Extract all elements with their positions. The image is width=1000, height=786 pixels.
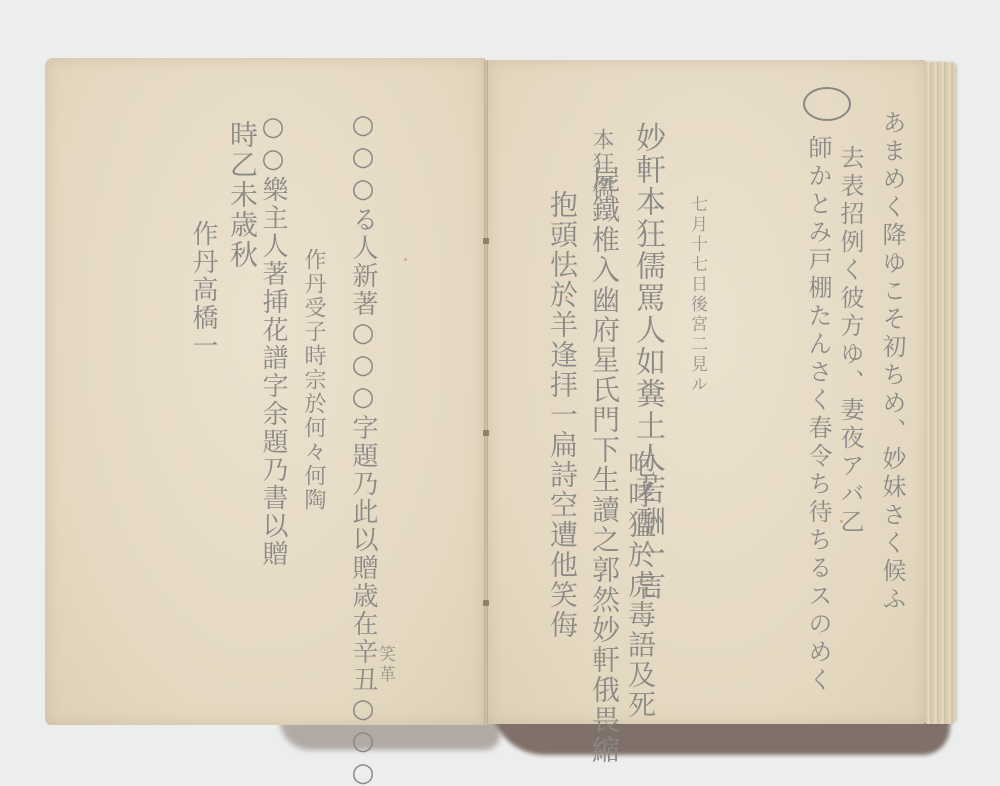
signature: 作丹高橋一 (190, 220, 216, 360)
handwritten-column: 抱頭怯於羊逢拝一扁詩空遭他笑侮 (548, 190, 576, 640)
binding-stitch (483, 238, 489, 244)
handwritten-column: ○○○る人新著○○○字題乃此以贈歳在辛丑○○○ (350, 110, 376, 786)
handwritten-column: 咆哮猛於虎毒語及死 (626, 450, 654, 720)
book-gutter (484, 60, 488, 725)
handwritten-column: 笑革 (376, 645, 393, 685)
paper-speck (840, 520, 843, 523)
open-notebook: あまめく降ゆこそ初ちめ、妙妹さく候ふ 去表招例く彼方ゆ、妻夜アバ乙 師かとみ戸棚… (0, 0, 1000, 786)
handwritten-column: 去表招例く彼方ゆ、妻夜アバ乙 (838, 145, 862, 537)
paper-speck (404, 258, 407, 261)
circle-mark (803, 87, 851, 121)
paper-speck (565, 296, 568, 299)
paper-speck (318, 490, 321, 493)
handwritten-column: ○○樂主人著挿花譜字余題乃書以贈 (260, 112, 286, 568)
date-note: 七月十七日後宮二見ル (688, 195, 705, 395)
page-edge-stack (926, 62, 956, 724)
handwritten-column: 師かとみ戸棚たんさく春令ち待ちるスのめく (806, 135, 830, 695)
handwritten-column: 屍鐵椎入幽府星氏門下生讀之郭然妙軒俄畏縮 (590, 165, 618, 765)
handwritten-column: 時乙未歳秋 (228, 120, 256, 270)
handwritten-column: 作丹受子時宗於何々何陶 (302, 248, 324, 512)
handwritten-column: あまめく降ゆこそ初ちめ、妙妹さく候ふ (880, 110, 904, 614)
binding-stitch (483, 430, 489, 436)
binding-stitch (483, 600, 489, 606)
